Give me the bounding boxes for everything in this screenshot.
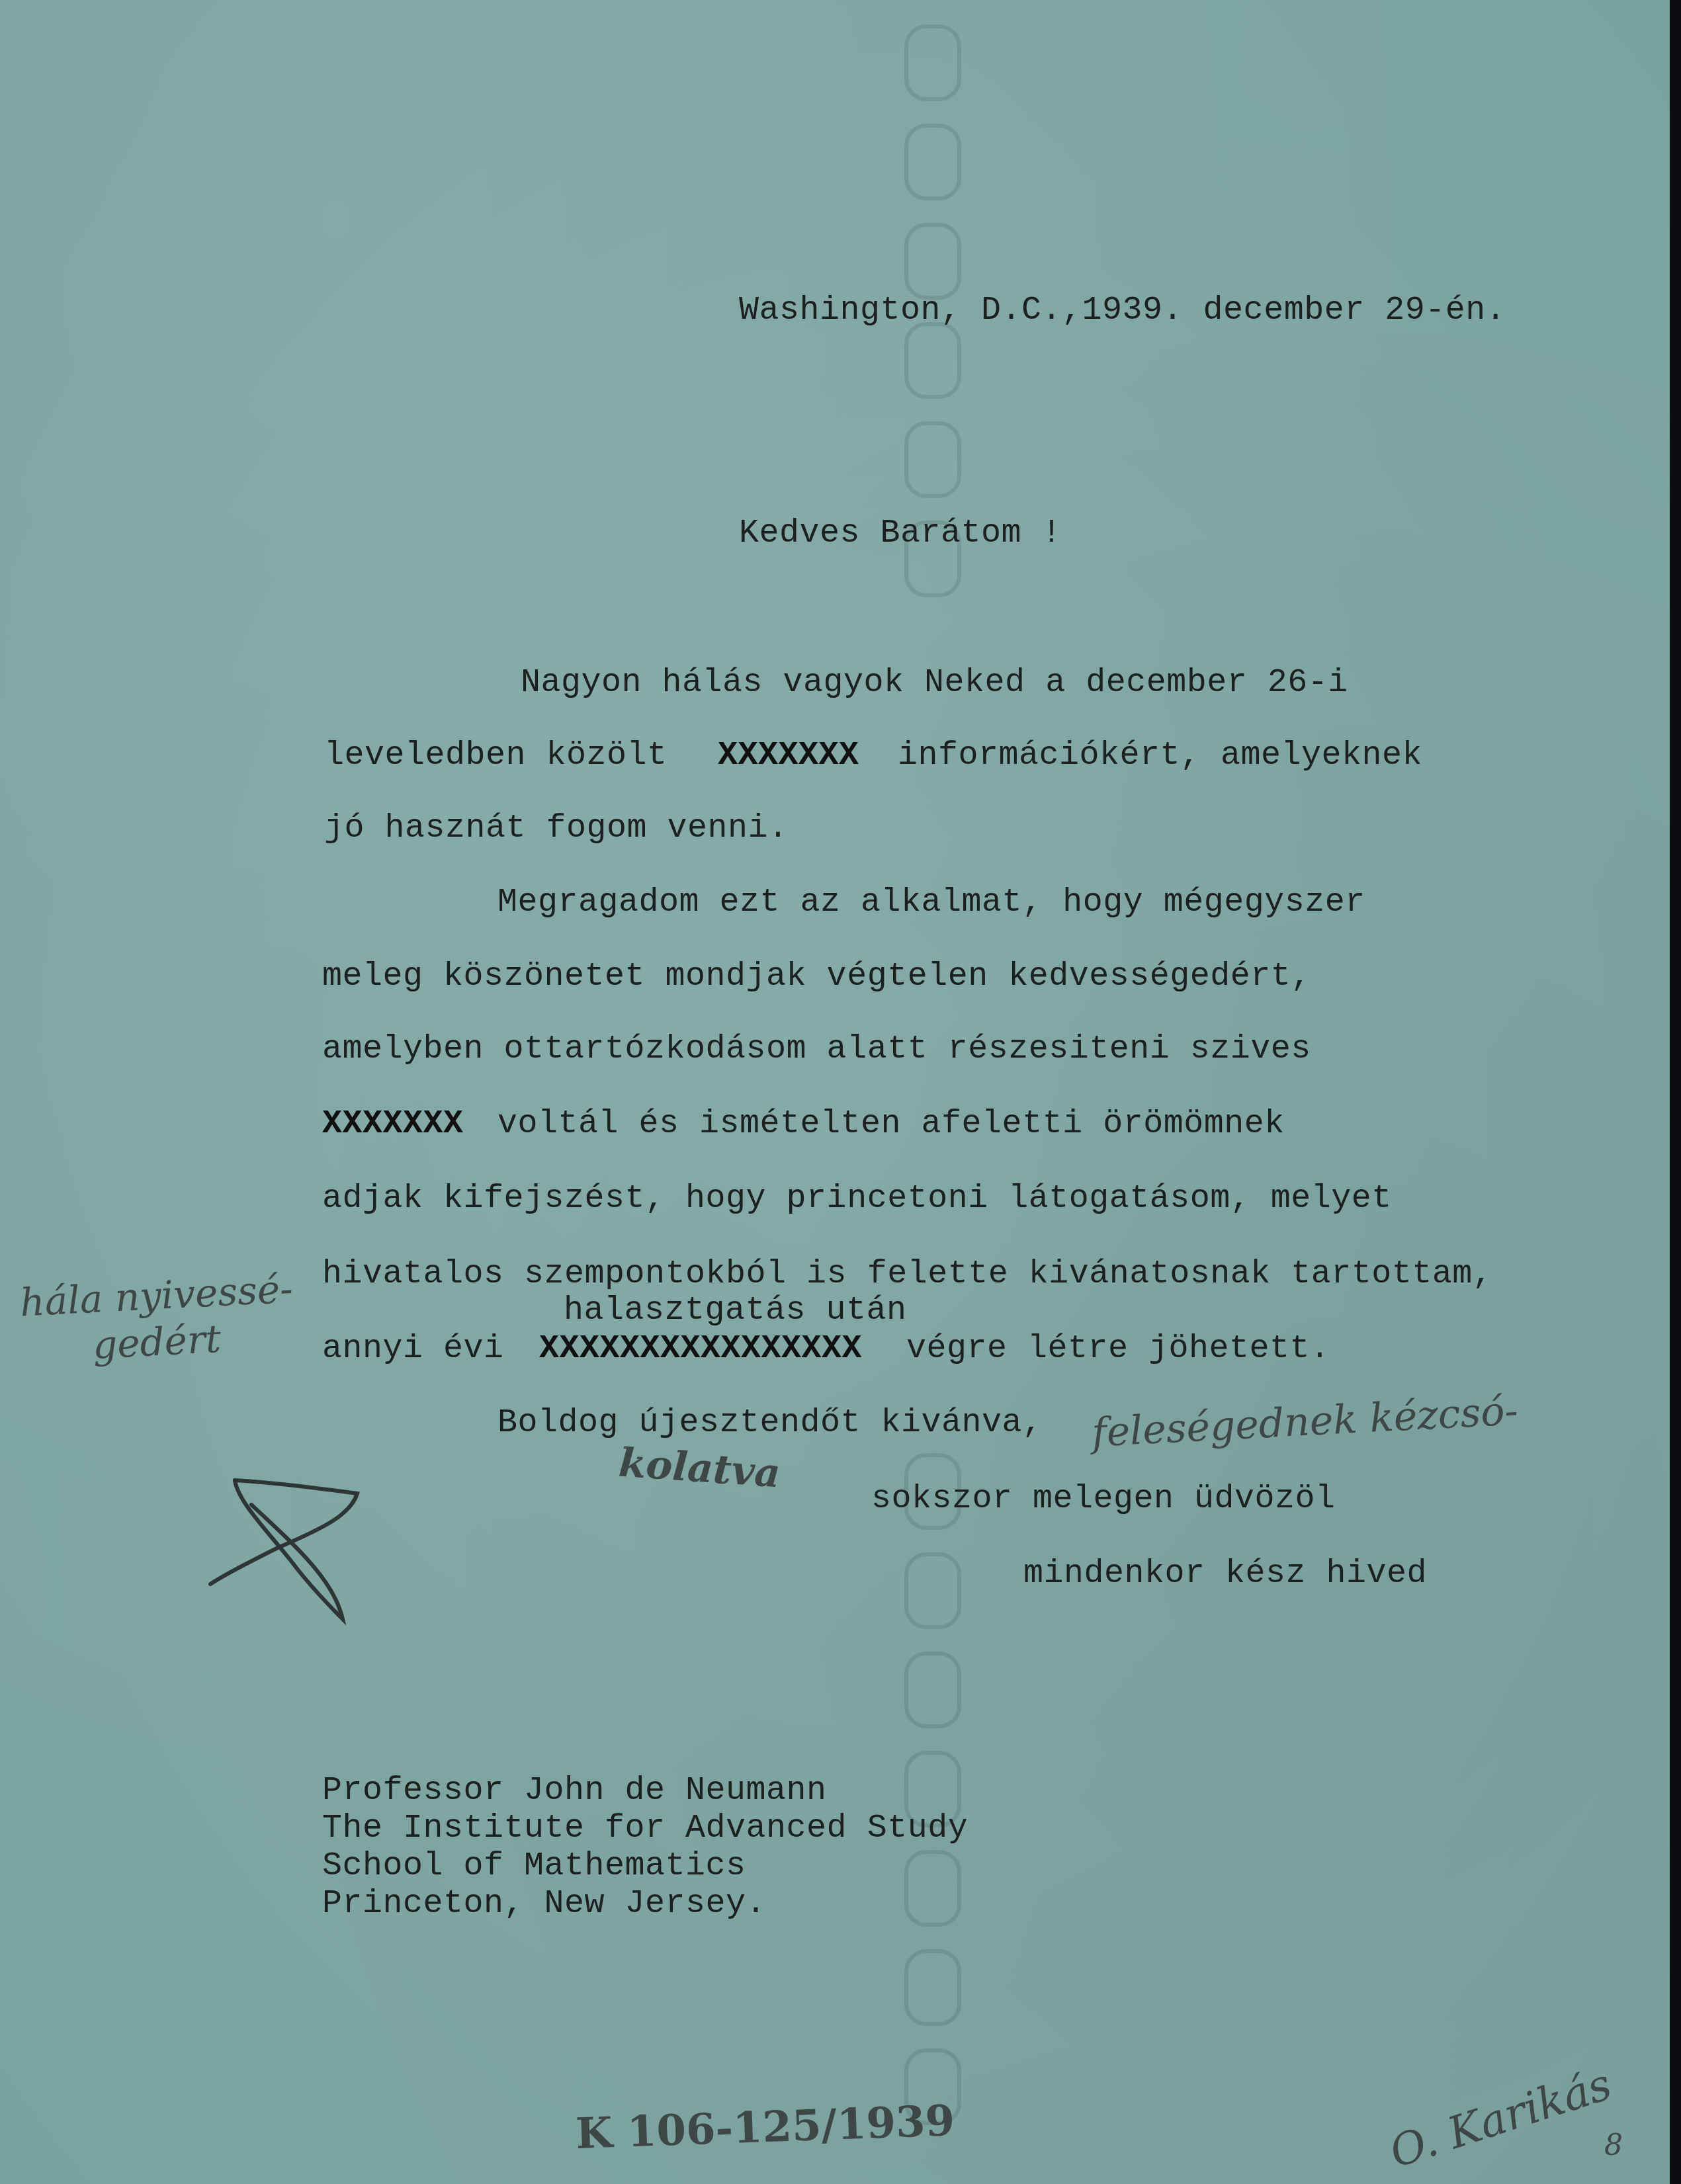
paragraph1-line1: Nagyon hálás vagyok Neked a december 26-…: [521, 667, 1348, 700]
recipient-school: School of Mathematics: [322, 1850, 746, 1883]
recipient-institution: The Institute for Advanced Study: [322, 1812, 968, 1845]
paragraph2-line6: hivatalos szempontokból is felette kiván…: [322, 1258, 1492, 1291]
closing-insert-line1: feleségednek kézcsó-: [1091, 1391, 1519, 1453]
struck-out-phrase: XXXXXXXXXXXXXXXX: [539, 1333, 862, 1366]
paragraph2-line7-after: végre létre jöhetett.: [906, 1333, 1330, 1366]
paragraph2-line3: amelyben ottartózkodásom alatt részesite…: [322, 1033, 1311, 1066]
struck-out-word: XXXXXXX: [718, 739, 859, 773]
paragraph2-line7-before: annyi évi: [322, 1333, 504, 1366]
torn-paper-edge: [1670, 0, 1678, 2184]
letter-sheet: Washington, D.C.,1939. december 29-én. K…: [0, 0, 1678, 2184]
page-number: 8: [1604, 2131, 1623, 2160]
paragraph1-line2-after: információkért, amelyeknek: [898, 739, 1422, 773]
closing-line1: Boldog újesztendőt kivánva,: [497, 1407, 1043, 1440]
paragraph2-line5: adjak kifejszést, hogy princetoni látoga…: [322, 1183, 1392, 1216]
paragraph1-line2-before: leveledben közölt: [324, 739, 668, 773]
place-date-line: Washington, D.C.,1939. december 29-én.: [739, 294, 1506, 327]
margin-note-line1: hála nyivessé-: [19, 1269, 294, 1322]
pencil-check-mark-icon: [198, 1475, 370, 1634]
closing-line3: mindenkor kész hived: [1023, 1558, 1427, 1591]
recipient-city: Princeton, New Jersey.: [322, 1888, 766, 1921]
archive-number: K 106-125/1939: [575, 2100, 955, 2156]
signature: O. Karikás: [1385, 2062, 1616, 2175]
paragraph2-line1: Megragadom ezt az alkalmat, hogy mégegys…: [497, 886, 1365, 919]
closing-line2: sokszor melegen üdvözöl: [871, 1483, 1336, 1516]
paragraph1-line3: jó hasznát fogom venni.: [324, 812, 789, 845]
salutation: Kedves Barátom !: [739, 517, 1062, 550]
paragraph2-line4-after: voltál és ismételten afeletti örömömnek: [497, 1108, 1285, 1141]
struck-out-word: XXXXXXX: [322, 1108, 464, 1141]
closing-insert-line2: kolatva: [617, 1443, 781, 1494]
margin-note-line2: gedért: [92, 1320, 222, 1365]
recipient-name: Professor John de Neumann: [322, 1775, 827, 1808]
interlinear-insert: halasztgatás után: [564, 1294, 907, 1327]
paragraph2-line2: meleg köszönetet mondjak végtelen kedves…: [322, 960, 1311, 993]
